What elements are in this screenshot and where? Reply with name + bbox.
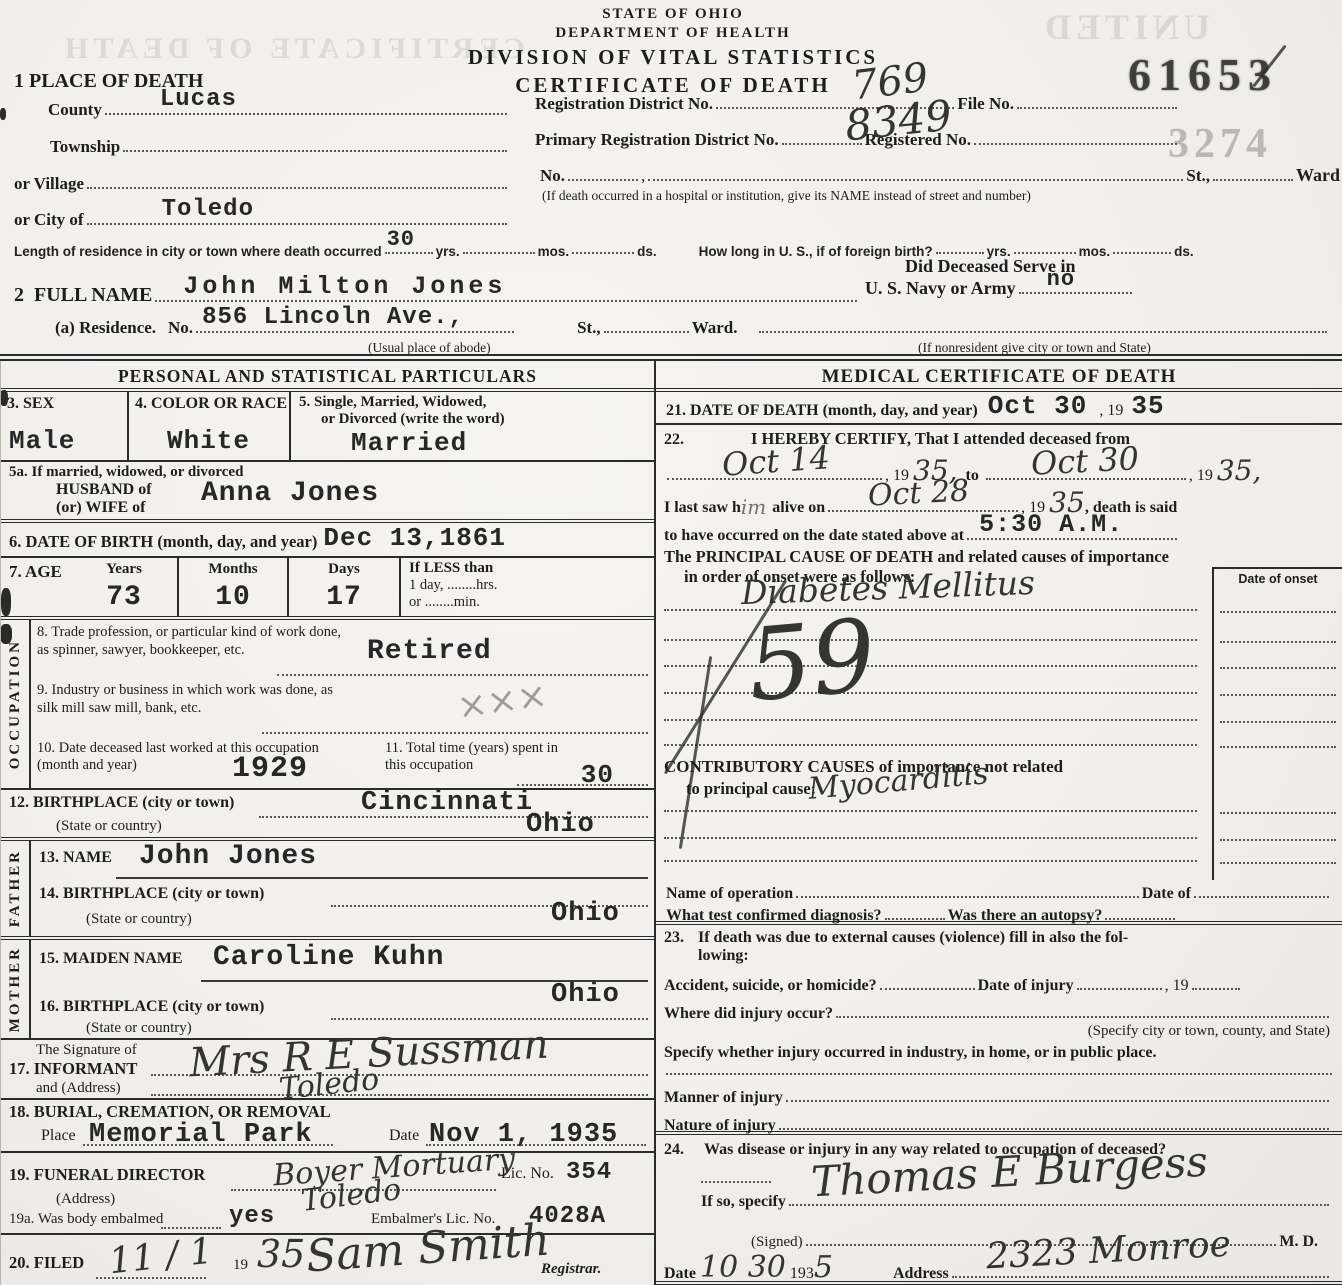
filed-label: 20. FILED [9,1253,84,1273]
ds-label: ds. [637,244,657,259]
dotted-line [1077,986,1162,990]
dob-label: 6. DATE OF BIRTH (month, day, and year) [9,532,317,552]
occurred-label: to have occurred on the date stated abov… [664,527,964,545]
contributory-label-line2: to principal cause: [686,779,816,799]
principal-cause-value: Diabetes Mellitus [741,566,1036,609]
physician-year-hand: 5 [814,1253,833,1283]
nature-label: Nature of injury [664,1117,776,1135]
dotted-line [648,177,1183,181]
dotted-line [1014,250,1076,254]
mother-section: MOTHER 15. MAIDEN NAME Caroline Kuhn Ohi… [1,940,654,1040]
dotted-line [1194,894,1329,898]
dob-row: 6. DATE OF BIRTH (month, day, and year) … [1,523,654,558]
dotted-line [572,250,634,254]
street-label: St., [1186,166,1210,186]
occ10-cell: 10. Date deceased last worked at this oc… [37,740,367,790]
embalmed-label: 19a. Was body embalmed [9,1211,163,1228]
yrs-label: yrs. [436,244,460,259]
dotted-line [123,148,507,152]
medical-title: MEDICAL CERTIFICATE OF DEATH [656,361,1342,392]
dotted-line [779,1126,1329,1130]
dotted-line [1213,177,1293,181]
medical-column: MEDICAL CERTIFICATE OF DEATH 21. DATE OF… [656,361,1342,1285]
township-label: Township [50,137,120,157]
attended-to-value: Oct 30 [1030,442,1139,480]
age-years: Years 73 [71,558,177,616]
date-of-death-year: 35 [1131,393,1164,419]
occupation-side-text: OCCUPATION [7,639,24,769]
dob-value: Dec 13,1861 [323,525,506,551]
mother-birthplace-label: 16. BIRTHPLACE (city or town) [39,998,264,1016]
county-row: County Lucas [48,100,510,120]
occupation-row8: 8. Trade profession, or particular kind … [37,624,654,682]
marital-cell: 5. Single, Married, Widowed, or Divorced… [291,392,654,460]
dotted-line: 5:30 A.M. [967,536,1177,540]
age-label: 7. AGE [1,558,71,616]
occupation-row10-11: 10. Date deceased last worked at this oc… [37,740,654,790]
external-causes-section: 23. If death was due to external causes … [656,925,1342,1135]
residence-length-row: Length of residence in city or town wher… [14,244,1328,259]
dotted-line [83,1142,333,1146]
dotted-line [604,329,689,333]
certify-number: 22. [664,431,684,449]
filed-year-hand: 35 [257,1235,305,1273]
alive-on-label: alive on [772,499,825,517]
dotted-line [277,672,648,676]
dotted-line [151,1092,648,1096]
burial-label: 18. BURIAL, CREMATION, OR REMOVAL [9,1102,331,1122]
masthead-department: DEPARTMENT OF HEALTH [0,25,1342,42]
residence-ward-label: Ward. [692,318,738,338]
age-months-cell: Months 10 [177,558,287,616]
dotted-line [1105,916,1175,920]
operation-label: Name of operation [666,885,793,903]
mother-side-label: MOTHER [1,940,31,1038]
dotted-line [1192,986,1240,990]
physician-193-label: 193 [790,1265,814,1283]
dotted-line [836,1014,1329,1018]
form-body: PERSONAL AND STATISTICAL PARTICULARS 3. … [0,361,1342,1285]
principal-cause-section: The PRINCIPAL CAUSE OF DEATH and related… [656,545,1342,880]
residence-length-label: Length of residence in city or town wher… [14,244,382,259]
funeral-address-label: (Address) [56,1191,115,1208]
date-of-death-label: 21. DATE OF DEATH (month, day, and year) [666,402,978,420]
registration-district-label: Registration District No. [535,94,713,114]
personal-column: PERSONAL AND STATISTICAL PARTICULARS 3. … [0,361,656,1285]
dotted-line [664,690,1197,694]
external-row1: 23. If death was due to external causes … [656,925,1342,947]
residence-st-label: St., [577,318,601,338]
birthplace-section: 12. BIRTHPLACE (city or town) Cincinnati… [1,790,654,841]
ds-label: ds. [1174,244,1194,259]
dotted-line [1220,665,1336,669]
marital-label-line1: 5. Single, Married, Widowed, [291,392,654,411]
to-year-value: 35, [1217,457,1262,485]
license-label: Lic. No. [501,1165,554,1183]
city-label: or City of [14,210,84,230]
dotted-line [463,250,535,254]
operation-date-label: Date of [1142,885,1191,903]
hospital-note: (If death occurred in a hospital or inst… [542,188,1031,204]
occupation-row9: 9. Industry or business in which work wa… [37,682,654,740]
occ11-cell: 11. Total time (years) spent in this occ… [367,740,654,790]
dotted-line [87,185,507,189]
occ8-value: Retired [367,638,492,666]
father-content: 13. NAME John Jones 14. BIRTHPLACE (city… [31,841,654,936]
nature-row: Nature of injury [664,1111,1332,1135]
dotted-line [161,1225,221,1229]
less-label-line1: If LESS than [409,558,654,577]
pen-stroke [679,656,712,849]
where-injury-row: Where did injury occur? [656,995,1342,1023]
residence-no-label: No. [168,318,193,338]
occupation-content: 8. Trade profession, or particular kind … [31,620,654,788]
personal-title-text: PERSONAL AND STATISTICAL PARTICULARS [118,366,537,386]
dotted-line [1220,744,1336,748]
q24-number: 24. [664,1141,704,1159]
autopsy-label: Was there an autopsy? [948,907,1103,925]
divider-rule [0,354,1342,361]
principal-cause-label-line1: The PRINCIPAL CAUSE OF DEATH and related… [664,547,1212,567]
service-label-line2: U. S. Navy or Army [865,278,1016,299]
physician-date-hand: 10 30 [700,1253,786,1283]
date-of-injury-label: Date of injury [978,977,1074,995]
mother-state-label: (State or country) [86,1020,192,1037]
dotted-line [664,663,1197,667]
occ11-label: 11. Total time (years) spent in this occ… [385,740,560,775]
dotted-line [936,250,984,254]
occ8-label: 8. Trade profession, or particular kind … [37,624,347,659]
father-side-label: FATHER [1,841,31,936]
burial-section: 18. BURIAL, CREMATION, OR REMOVAL Place … [1,1100,654,1153]
external-label-line2: lowing: [656,947,1342,965]
mother-content: 15. MAIDEN NAME Caroline Kuhn Ohio 16. B… [31,940,654,1038]
birthplace-state-value: Ohio [526,812,595,839]
signed-label: (Signed) [751,1234,803,1251]
dotted-line [1220,609,1336,613]
color-race-value: White [167,428,250,454]
funeral-director-section: 19. FUNERAL DIRECTOR Boyer Mortuary Lic.… [1,1153,654,1235]
less-label-line3: or ........min. [409,594,654,611]
dotted-line: no [1019,290,1132,294]
burial-place-label: Place [41,1127,76,1145]
village-row: or Village [14,174,510,194]
dotted-line [1017,105,1177,109]
embalmed-value: yes [229,1205,275,1229]
occurred-row: to have occurred on the date stated abov… [656,517,1342,545]
dotted-line [568,177,638,181]
personal-title: PERSONAL AND STATISTICAL PARTICULARS [1,361,654,392]
dotted-line [880,986,975,990]
where-injury-label: Where did injury occur? [664,1005,833,1023]
dotted-line: Toledo [87,221,507,225]
mos-label: mos. [1079,244,1111,259]
marital-label-line2: or Divorced (write the word) [291,411,654,428]
dotted-line [885,916,945,920]
village-label: or Village [14,174,84,194]
external-label-line1: If death was due to external causes (vio… [698,929,1128,947]
pencil-scribble: ××× [455,678,550,726]
occ10-label: 10. Date deceased last worked at this oc… [37,740,357,775]
dotted-line [664,717,1197,721]
father-birthplace-label: 14. BIRTHPLACE (city or town) [39,885,264,903]
dotted-line: Oct 14 [667,476,882,480]
sex-cell: 3. SEX Male [1,392,129,460]
dotted-line [1113,250,1171,254]
accident-row: Accident, suicide, or homicide? Date of … [656,965,1342,995]
certify-section: 22. I HEREBY CERTIFY, That I attended de… [656,425,1342,545]
solid-line [116,875,648,879]
diagnosis-row: What test confirmed diagnosis? Was there… [656,903,1342,925]
township-row: Township [50,137,510,157]
dotted-line [796,894,1139,898]
dotted-line [664,637,1197,641]
mother-maiden-value: Caroline Kuhn [213,944,444,972]
registrar-label: Registrar. [541,1261,601,1278]
occupation-section: OCCUPATION 8. Trade profession, or parti… [1,620,654,790]
ward-label: Ward [1296,165,1340,186]
burial-date-label: Date [389,1127,419,1145]
date-of-death-19: , 19 [1099,402,1123,420]
less-label-line2: 1 day, ........hrs. [409,577,654,594]
dotted-line [666,1071,1332,1075]
city-row: or City of Toledo [14,210,510,230]
manner-row: Manner of injury [664,1083,1332,1107]
test-label: What test confirmed diagnosis? [666,907,882,925]
sex-label: 3. SEX [1,392,127,413]
dotted-line [974,141,1177,145]
date-of-onset-column: Date of onset [1212,567,1342,880]
dotted-line [1220,719,1336,723]
informant-label-line1: The Signature of [36,1042,137,1059]
dotted-line [331,1016,648,1020]
physician-date-label: Date [664,1265,696,1283]
section1-number: 1 [14,70,24,92]
street-no-label: No. [540,166,565,186]
dotted-line [1220,639,1336,643]
mother-birthplace-value: Ohio [551,982,620,1009]
primary-registration-label: Primary Registration District No. [535,130,779,150]
years-value: 73 [71,584,177,612]
to-19-label: , 19 [1189,467,1213,485]
accident-label: Accident, suicide, or homicide? [664,977,877,995]
filed-date-hand: 11 / 1 [107,1234,214,1281]
mother-maiden-label: 15. MAIDEN NAME [39,950,183,968]
comma: , [641,166,645,186]
residence-label: (a) Residence. [55,318,156,338]
last-saw-label: I last saw h [664,499,741,517]
if-so-label: If so, specify [701,1193,786,1211]
dotted-line: John Milton Jones [155,298,857,302]
full-name-label: FULL NAME [34,284,152,307]
mos-label: mos. [538,244,570,259]
sex-value: Male [9,428,75,454]
informant-section: The Signature of 17. INFORMANT and (Addr… [1,1040,654,1100]
days-label: Days [289,558,399,578]
dotted-line: Oct 30 [986,476,1186,480]
masthead-state: STATE OF OHIO [0,6,1342,23]
years-label: Years [71,558,177,578]
physician-address-label: Address [893,1265,949,1283]
dotted-line [759,329,1328,333]
section2-number: 2 [14,284,24,307]
certify-from-to-row: Oct 14 , 19 35, to Oct 30 , 19 35, [656,449,1342,485]
last-saw-value: Oct 28 [867,476,970,511]
occ9-label: 9. Industry or business in which work wa… [37,682,347,717]
manner-label: Manner of injury [664,1089,783,1107]
months-label: Months [179,558,287,578]
father-state-label: (State or country) [86,911,192,928]
father-state-value: Ohio [551,901,620,928]
dotted-line [1220,692,1336,696]
dotted-line [517,782,648,786]
marital-value: Married [351,430,467,456]
dotted-line [664,808,1197,812]
father-side-text: FATHER [7,849,24,927]
injury-19-label: , 19 [1165,977,1189,995]
residence-value: 856 Lincoln Ave., [202,306,464,330]
informant-label-line2: 17. INFORMANT [9,1059,137,1079]
him-hand: im [741,497,766,517]
dotted-line [664,742,1197,746]
dotted-line [786,1098,1329,1102]
birthplace-state-label: (State or country) [56,818,162,835]
residence-length-value: 30 [387,229,415,251]
time-of-death-value: 5:30 A.M. [979,512,1123,537]
operation-row: Name of operation Date of [656,880,1342,903]
dotted-line: 856 Lincoln Ave., [196,329,514,333]
foreign-birth-label: How long in U. S., if of foreign birth? [699,244,933,259]
dotted-line [1220,810,1336,814]
father-name-value: John Jones [139,843,317,871]
scan-smudge [0,108,6,120]
specify-note: (Specify city or town, county, and State… [656,1023,1342,1040]
medical-title-text: MEDICAL CERTIFICATE OF DEATH [822,366,1177,387]
father-name-label: 13. NAME [39,849,112,867]
dotted-line [1220,860,1336,864]
sex-race-marital-row: 3. SEX Male 4. COLOR OR RACE White 5. Si… [1,392,654,462]
filed-section: 20. FILED 11 / 1 19 35 Sam Smith Registr… [1,1235,654,1285]
death-certificate-scan: CERTIFICATE OF DEATH UNITED STATE OF OHI… [0,0,1342,1285]
days-value: 17 [289,584,399,612]
birthplace-value: Cincinnati [361,790,533,817]
full-name-value: John Milton Jones [183,274,506,299]
dotted-line [262,730,648,734]
county-value: Lucas [160,88,237,112]
primary-registration-value: 8349 [843,95,954,148]
date-of-death-row: 21. DATE OF DEATH (month, day, and year)… [656,392,1342,425]
dotted-line: 30 [385,250,433,254]
service-row: U. S. Navy or Army no [865,278,1135,299]
father-section: FATHER 13. NAME John Jones 14. BIRTHPLAC… [1,841,654,940]
filed-19-label: 19 [233,1257,248,1274]
occ10-value: 1929 [232,754,308,784]
street-ward-row: No. , St., Ward [540,165,1340,186]
color-race-cell: 4. COLOR OR RACE White [129,392,291,460]
county-label: County [48,100,102,120]
date-of-onset-label: Date of onset [1214,569,1342,586]
specify-place-label: Specify whether injury occurred in indus… [656,1040,1342,1062]
age-years-cell: 7. AGE Years 73 [1,558,177,616]
informant-label-line3: and (Address) [36,1080,121,1097]
city-value: Toledo [162,198,254,222]
spouse-section: 5a. If married, widowed, or divorced HUS… [1,462,654,523]
service-value: no [1047,269,1075,291]
dotted-line: Lucas [105,111,507,115]
date-of-death-value: Oct 30 [988,393,1088,419]
dotted-line [1220,837,1336,841]
occupation-side-label: OCCUPATION [1,620,31,788]
birthplace-label: 12. BIRTHPLACE (city or town) [9,794,234,812]
residence-row: (a) Residence. No. 856 Lincoln Ave., St.… [55,318,1330,338]
spouse-value: Anna Jones [201,480,379,508]
dotted-line [664,835,1197,839]
dotted-line [96,1275,206,1279]
color-race-label: 4. COLOR OR RACE [129,392,289,413]
operation-section: Name of operation Date of What test conf… [656,880,1342,925]
funeral-director-label: 19. FUNERAL DIRECTOR [9,1165,205,1185]
months-value: 10 [179,584,287,612]
mother-side-text: MOTHER [7,946,24,1032]
attended-from-value: Oct 14 [721,441,831,480]
occupation-relation-section: 24. Was disease or injury in any way rel… [656,1135,1342,1285]
license-value: 354 [566,1161,612,1185]
md-label: M. D. [1279,1233,1318,1251]
age-less-cell: If LESS than 1 day, ........hrs. or ....… [399,558,654,616]
registered-no-stamp: 3274 [1168,120,1272,168]
dotted-line [664,858,1197,862]
file-no-label: File No. [957,94,1014,114]
age-row: 7. AGE Years 73 Months 10 Days 17 If LES… [1,558,654,620]
age-days-cell: Days 17 [287,558,399,616]
external-number: 23. [664,929,698,947]
cause-code-hand: 59 [744,606,879,717]
dotted-line [701,1179,771,1183]
